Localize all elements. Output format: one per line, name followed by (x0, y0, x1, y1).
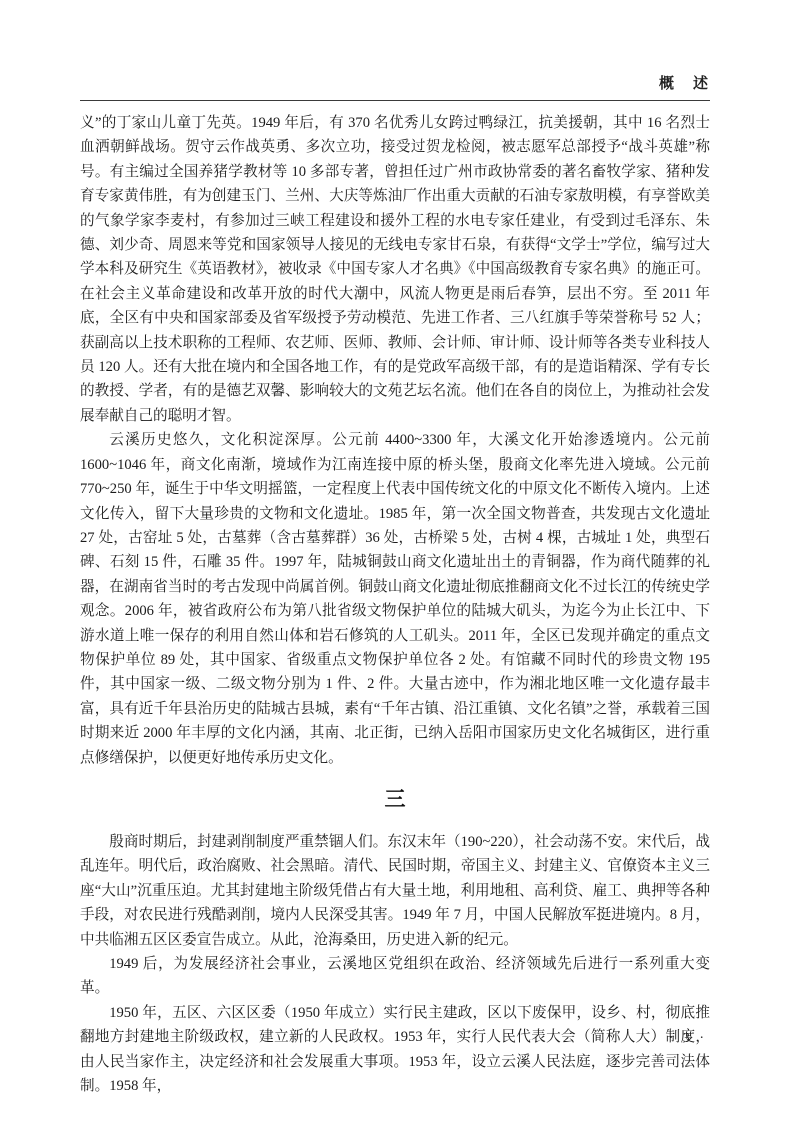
paragraph-feudal-oppression: 殷商时期后，封建剥削制度严重禁锢人们。东汉末年（190~220），社会动荡不安。… (80, 830, 710, 952)
paragraph-1949-reforms-intro: 1949 后，为发展经济社会事业，云溪地区党组织在政治、经济领域先后进行一系列重… (80, 952, 710, 1001)
section-heading-three: 三 (80, 786, 710, 812)
paragraph-1950s-government: 1950 年，五区、六区区委（1950 年成立）实行民主建政，区以下废保甲，设乡… (80, 1001, 710, 1099)
header-rule-divider (80, 100, 710, 101)
page-body: 义”的丁家山儿童丁先英。1949 年后，有 370 名优秀儿女跨过鸭绿江，抗美援… (80, 111, 710, 1098)
paragraph-notable-people-continuation: 义”的丁家山儿童丁先英。1949 年后，有 370 名优秀儿女跨过鸭绿江，抗美援… (80, 111, 710, 428)
book-page: 概 述 义”的丁家山儿童丁先英。1949 年后，有 370 名优秀儿女跨过鸭绿江… (0, 0, 793, 1122)
running-header-title: 概 述 (659, 72, 710, 93)
paragraph-history-culture: 云溪历史悠久，文化积淀深厚。公元前 4400~3300 年，大溪文化开始渗透境内… (80, 428, 710, 770)
page-number: · 3 · (669, 1031, 707, 1047)
